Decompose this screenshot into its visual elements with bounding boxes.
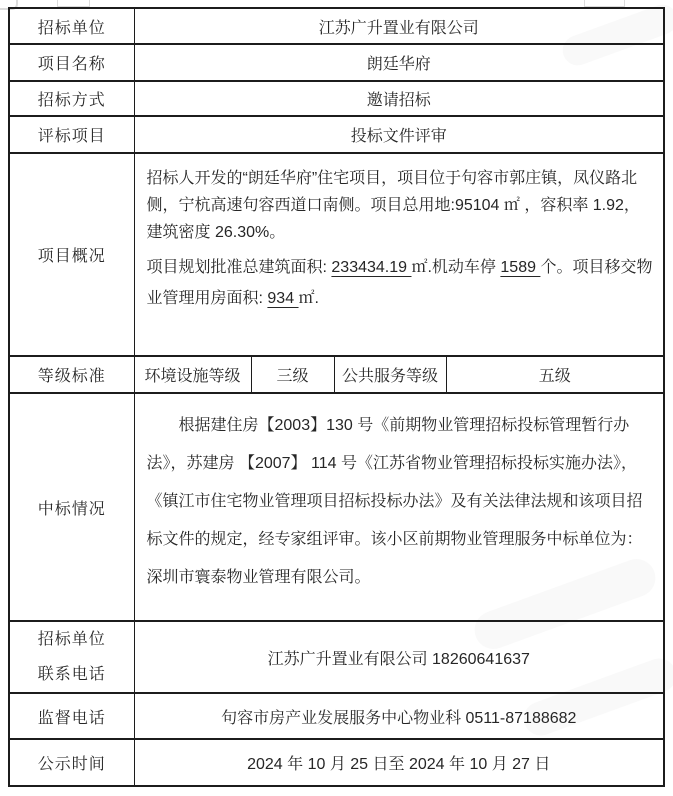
contact-phone-label-line1: 招标单位 bbox=[10, 622, 134, 657]
table-row: 招标单位 联系电话 江苏广升置业有限公司 18260641637 bbox=[9, 621, 664, 693]
supervision-phone-value: 句容市房产业发展服务中心物业科 0511-87188682 bbox=[134, 693, 664, 739]
table-row: 项目概况 招标人开发的“朗廷华府”住宅项目，项目位于句容市郭庄镇，凤仪路北侧，宁… bbox=[9, 153, 664, 356]
env-facility-grade-label: 环境设施等级 bbox=[134, 356, 251, 393]
bid-method-value: 邀请招标 bbox=[134, 81, 664, 116]
bid-unit-value: 江苏广升置业有限公司 bbox=[134, 8, 664, 44]
public-service-grade-value: 五级 bbox=[446, 356, 664, 393]
public-service-grade-label: 公共服务等级 bbox=[334, 356, 446, 393]
supervision-phone-label: 监督电话 bbox=[9, 693, 134, 739]
project-name-label: 项目名称 bbox=[9, 44, 134, 81]
table-row: 招标单位 江苏广升置业有限公司 bbox=[9, 8, 664, 44]
table-row: 公示时间 2024 年 10 月 25 日至 2024 年 10 月 27 日 bbox=[9, 739, 664, 786]
overview-value: 招标人开发的“朗廷华府”住宅项目，项目位于句容市郭庄镇，凤仪路北侧，宁杭高速句容… bbox=[134, 153, 664, 356]
bid-announcement-table: 招标单位 江苏广升置业有限公司 项目名称 朗廷华府 招标方式 邀请招标 评标项目… bbox=[8, 7, 665, 787]
management-room-area-value: 934 bbox=[267, 290, 298, 307]
table-row: 监督电话 句容市房产业发展服务中心物业科 0511-87188682 bbox=[9, 693, 664, 739]
overview-seg: ㎡. bbox=[299, 290, 319, 307]
overview-label: 项目概况 bbox=[9, 153, 134, 356]
grade-standard-label: 等级标准 bbox=[9, 356, 134, 393]
env-facility-grade-value: 三级 bbox=[251, 356, 334, 393]
table-row: 中标情况 根据建住房【2003】130 号《前期物业管理招标投标管理暂行办法》，… bbox=[9, 393, 664, 621]
publicity-time-label: 公示时间 bbox=[9, 739, 134, 786]
overview-seg: 项目规划批准总建筑面积: bbox=[147, 259, 332, 276]
overview-seg: ㎡.机动车停 bbox=[411, 259, 500, 276]
parking-count-value: 1589 bbox=[500, 259, 540, 276]
award-status-label: 中标情况 bbox=[9, 393, 134, 621]
bid-method-label: 招标方式 bbox=[9, 81, 134, 116]
project-name-value: 朗廷华府 bbox=[134, 44, 664, 81]
table-row: 等级标准 环境设施等级 三级 公共服务等级 五级 bbox=[9, 356, 664, 393]
evaluation-item-label: 评标项目 bbox=[9, 116, 134, 153]
overview-paragraph-2: 项目规划批准总建筑面积: 233434.19 ㎡.机动车停 1589 个。项目移… bbox=[147, 252, 654, 314]
evaluation-item-value: 投标文件评审 bbox=[134, 116, 664, 153]
table-row: 项目名称 朗廷华府 bbox=[9, 44, 664, 81]
scan-artifact-box-right bbox=[584, 0, 625, 7]
table-row: 招标方式 邀请招标 bbox=[9, 81, 664, 116]
contact-phone-value: 江苏广升置业有限公司 18260641637 bbox=[134, 621, 664, 693]
publicity-time-value: 2024 年 10 月 25 日至 2024 年 10 月 27 日 bbox=[134, 739, 664, 786]
total-building-area-value: 233434.19 bbox=[331, 259, 411, 276]
document-page: 招标单位 江苏广升置业有限公司 项目名称 朗廷华府 招标方式 邀请招标 评标项目… bbox=[0, 0, 673, 796]
award-status-value: 根据建住房【2003】130 号《前期物业管理招标投标管理暂行办法》，苏建房 【… bbox=[134, 393, 664, 621]
scan-artifact-box-left bbox=[57, 0, 90, 7]
bid-unit-label: 招标单位 bbox=[9, 8, 134, 44]
table-row: 评标项目 投标文件评审 bbox=[9, 116, 664, 153]
overview-paragraph-1: 招标人开发的“朗廷华府”住宅项目，项目位于句容市郭庄镇，凤仪路北侧，宁杭高速句容… bbox=[147, 165, 654, 246]
contact-phone-label: 招标单位 联系电话 bbox=[9, 621, 134, 693]
contact-phone-label-line2: 联系电话 bbox=[10, 657, 134, 692]
award-paragraph: 根据建住房【2003】130 号《前期物业管理招标投标管理暂行办法》，苏建房 【… bbox=[147, 407, 654, 597]
